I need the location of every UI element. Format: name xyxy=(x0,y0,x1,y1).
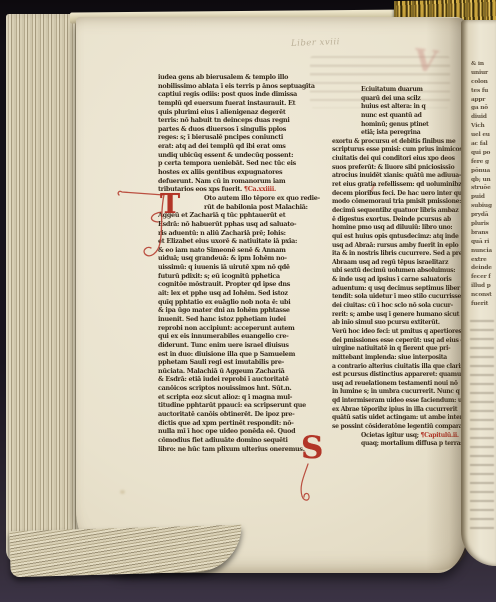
text-line-content: ab inīo simul suo pcursu extiterūt. xyxy=(332,319,440,326)
facing-page-text-fragment: brans xyxy=(471,229,496,238)
text-line-content: et scripta eoz sicut alioz: q ī magna mu… xyxy=(158,393,292,401)
drop-cap-S: S xyxy=(301,433,323,464)
foxing-spot xyxy=(120,490,125,494)
text-line: reprobi non accipiunt: acceperunt autem xyxy=(158,324,310,333)
text-line: terris: nō habuit tn deinceps duas regni xyxy=(158,116,310,125)
text-line-content: reges: s; ī bierusalē pncipes coniuncti xyxy=(158,133,283,141)
text-line: nūciata. Malachiā ū Aggeum Zachariā xyxy=(158,367,310,376)
text-line: quis plurimi eius ī alienigenaz degerēt xyxy=(158,108,310,117)
text-line: & ipa ūgo mater dni an Iohēm pphtasse xyxy=(158,306,310,315)
text-line-content: ait: lex et pphe usq ad Iohēm. Sed istoz xyxy=(158,289,288,297)
text-line-content: & Esdrā: etiā iudei reprobi ī auctoritat… xyxy=(158,375,289,383)
text-line-content: pphetam Sauli regi est imutabilis pre- xyxy=(158,358,284,366)
facing-page-text-fragment: puid xyxy=(471,193,496,202)
text-line-content: nobilissimo ablata ī eis terris p ānos s… xyxy=(158,82,315,90)
text-line-content: inuenit. Sed hanc istoz pphetiam iudei xyxy=(158,315,286,323)
facing-page-text-fragment: fuerit xyxy=(471,300,496,309)
text-line-content: Ocietas igitur usq; xyxy=(361,432,419,439)
facing-page-text-fragment: fecer f xyxy=(471,273,496,282)
text-line-content: rūt de babilonia post Malachiā: xyxy=(204,203,308,211)
text-line-content: partes & duos diuersos ī singulis pplos xyxy=(158,125,286,133)
facing-page-text-fragment: extre xyxy=(471,256,496,265)
facing-page-text-fragment: Vich xyxy=(471,122,496,131)
text-line: cognitōe mōstrauit. Propter qd ipse dns xyxy=(158,280,310,289)
text-line: canōicos scriptos nouissimos hnt. Sūt.n. xyxy=(158,384,310,393)
text-line-content: hostes ex aliis gentibus expugnatores xyxy=(158,168,282,176)
handwritten-annotation: Liber xviii xyxy=(291,37,340,49)
facing-page-text-fragment: ga nō xyxy=(471,104,496,113)
text-line: captiui regis odiis: post quos inde dimi… xyxy=(158,90,310,99)
text-line: pphetam Sauli regi est imutabilis pre- xyxy=(158,358,310,367)
text-line-content: erat: atq ad dei templū qd ibi erat oms xyxy=(158,142,286,150)
text-line: erat: atq ad dei templū qd ibi erat oms xyxy=(158,142,310,151)
text-line-content: reprobi non accipiunt: acceperunt autem xyxy=(158,324,295,332)
drop-cap-T-flourish xyxy=(112,186,182,276)
text-line: templū qd euersum fuerat instaurauit. Et xyxy=(158,99,310,108)
facing-page-text-fragment: appr xyxy=(471,96,496,105)
facing-page-text-fragment: tes fu xyxy=(471,87,496,96)
text-line-content: nunc est quantū ad xyxy=(361,112,422,119)
text-line: iudea gens ab bierusalem & templo illo xyxy=(158,73,310,82)
facing-page-text-fragment: & in xyxy=(471,60,496,69)
text-line: cōmodius fiet adiuuāte domino sequēti xyxy=(158,436,310,445)
chapter-rubric: ¶Ca.xxiiii. xyxy=(242,185,276,193)
text-line: libro: ne hūc tam plixum ulterius onerem… xyxy=(158,445,310,454)
text-line-content: est in duo: diuisione illa que p Samuele… xyxy=(158,350,295,358)
facing-page-text-fragment: subiug xyxy=(471,202,496,211)
facing-page-text-fragment: uel eu xyxy=(471,131,496,140)
facing-page-text-fragment: fere g xyxy=(471,158,496,167)
text-line-content: diderunt. Tunc enim uere israel diuisus xyxy=(158,341,289,349)
text-line: ait: lex et pphe usq ad Iohēm. Sed istoz xyxy=(158,289,310,298)
text-line-content: auctoritatē canōis obtinerēt. De ipoz pr… xyxy=(158,410,295,418)
text-line-content: nūciata. Malachiā ū Aggeum Zachariā xyxy=(158,367,285,375)
text-line-content: terris: nō habuit tn deinceps duas regni xyxy=(158,116,290,124)
text-line-content: quīq pphtatio ex euāglio nob nota ē: ubi xyxy=(158,298,290,306)
text-line-content: titudine pphtarūt ppauci: ea scripserunt… xyxy=(158,401,306,409)
text-line-content: nulla mī ī hoc ope uideo ponēda eē. Quod xyxy=(158,427,295,435)
facing-page-sliver: & inuniurcolontes fuapprga nōdiuidVichue… xyxy=(461,20,496,566)
text-line: defuerunt. Nam cū in romanorum iam xyxy=(158,177,310,186)
text-line: p certa tempora ueniebāt. Sed nec tūc ei… xyxy=(158,159,310,168)
text-line: titudine pphtarūt ppauci: ea scripserunt… xyxy=(158,401,310,410)
facing-page-text-fragment: nuncia xyxy=(471,247,496,256)
facing-page-text-fragment: quā ri xyxy=(471,238,496,247)
facing-page-text-fragment: pluris xyxy=(471,220,496,229)
text-line: quīq pphtatio ex euāglio nob nota ē: ubi xyxy=(158,298,310,307)
text-line-content: Oto autem illo tēpore ex quo redie- xyxy=(204,194,320,202)
text-line: & Esdrā: etiā iudei reprobi ī auctoritat… xyxy=(158,375,310,384)
text-line: auctoritatē canōis obtinerēt. De ipoz pr… xyxy=(158,410,310,419)
text-line: qui ex eis innumerabiles euangelio cre- xyxy=(158,332,310,341)
facing-page-text-column: & inuniurcolontes fuapprga nōdiuidVichue… xyxy=(471,60,496,309)
text-line-content: undiq ubicūq essent & undecūq possent: xyxy=(158,151,293,159)
drop-cap-S-flourish xyxy=(288,462,328,522)
text-line-content: hominū; genus ptinet xyxy=(361,121,429,128)
text-line-content: dictis que ad xpm pertinēt respondit: nō… xyxy=(158,419,294,427)
text-line-content: cognitōe mōstrauit. Propter qd ipse dns xyxy=(158,280,290,288)
text-line-content: libro: ne hūc tam plixum ulterius onerem… xyxy=(158,445,305,453)
facing-page-text-fragment: colon xyxy=(471,78,496,87)
facing-page-text-fragment: uniur xyxy=(471,69,496,78)
text-line-content: iudea gens ab bierusalem & templo illo xyxy=(158,73,288,81)
text-line-content: defuerunt. Nam cū in romanorum iam xyxy=(158,177,285,185)
text-line-content: qui ex eis innumerabiles euangelio cre- xyxy=(158,332,289,340)
book-leaf-edges-bottom xyxy=(9,525,242,577)
text-line: diderunt. Tunc enim uere israel diuisus xyxy=(158,341,310,350)
text-line: nulla mī ī hoc ope uideo ponēda eē. Quod xyxy=(158,427,310,436)
facing-page-text-fragment: qui po xyxy=(471,149,496,158)
text-line-content: quis plurimi eius ī alienigenaz degerēt xyxy=(158,108,286,116)
facing-page-text-fragment: deinde xyxy=(471,264,496,273)
text-line-content: p certa tempora ueniebāt. Sed nec tūc ei… xyxy=(158,159,296,167)
text-line-content: huius est altera: in q xyxy=(361,103,425,110)
facing-page-text-fragment: struōe xyxy=(471,184,496,193)
facing-page-text-fragment: nconst xyxy=(471,291,496,300)
text-line: reges: s; ī bierusalē pncipes coniuncti xyxy=(158,133,310,142)
text-line-content: Eciuitatum duarum xyxy=(361,86,423,93)
text-line: et scripta eoz sicut alioz: q ī magna mu… xyxy=(158,393,310,402)
text-line: inuenit. Sed hanc istoz pphetiam iudei xyxy=(158,315,310,324)
facing-page-blurred-text xyxy=(470,320,494,530)
text-line: nobilissimo ablata ī eis terris p ānos s… xyxy=(158,82,310,91)
facing-page-text-fragment: illud p xyxy=(471,282,496,291)
text-line: dictis que ad xpm pertinēt respondit: nō… xyxy=(158,419,310,428)
text-line: undiq ubicūq essent & undecūq possent: xyxy=(158,151,310,160)
facing-page-text-fragment: prydā xyxy=(471,211,496,220)
text-line-content: etiā; ista peregrina xyxy=(361,129,420,136)
facing-page-text-fragment: diuid xyxy=(471,113,496,122)
text-line: hostes ex aliis gentibus expugnatores xyxy=(158,168,310,177)
text-line-content: quarū dei una scilz xyxy=(361,95,420,102)
photographed-book-opening: { "scene": { "description_colors": { "ba… xyxy=(0,0,496,602)
text-line-content: canōicos scriptos nouissimos hnt. Sūt.n. xyxy=(158,384,291,392)
facing-page-text-fragment: qb; un xyxy=(471,176,496,185)
text-line-content: cōmodius fiet adiuuāte domino sequēti xyxy=(158,436,288,444)
text-line-content: captiui regis odiis: post quos inde dimi… xyxy=(158,90,297,98)
text-line: partes & duos diuersos ī singulis pplos xyxy=(158,125,310,134)
text-line: est in duo: diuisione illa que p Samuele… xyxy=(158,350,310,359)
facing-page-text-fragment: pōnua xyxy=(471,167,496,176)
text-line-content: & ipa ūgo mater dni an Iohēm pphtasse xyxy=(158,306,290,314)
text-line-content: templū qd euersum fuerat instaurauit. Et xyxy=(158,99,295,107)
facing-page-text-fragment: ac fal xyxy=(471,140,496,149)
